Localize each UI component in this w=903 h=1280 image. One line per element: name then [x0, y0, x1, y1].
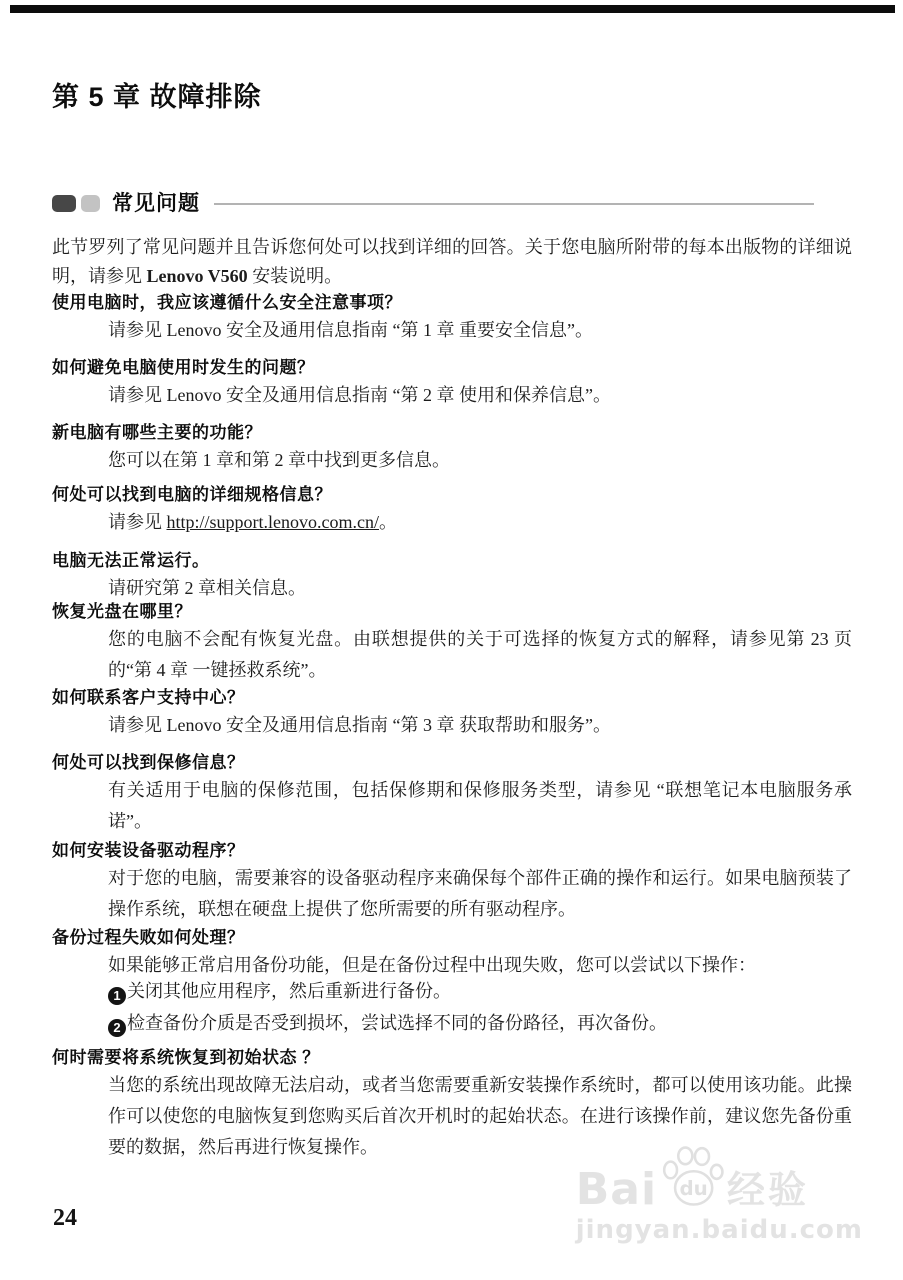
faq-item: 如何安装设备驱动程序？ 对于您的电脑，需要兼容的设备驱动程序来确保每个部件正确的…: [52, 841, 852, 925]
faq-question: 何处可以找到电脑的详细规格信息？: [52, 485, 852, 505]
section-rule: [214, 203, 814, 205]
faq-item: 新电脑有哪些主要的功能？ 您可以在第 1 章和第 2 章中找到更多信息。: [52, 423, 852, 476]
faq-answer: 请参见 Lenovo 安全及通用信息指南 “第 3 章 获取帮助和服务”。: [108, 710, 852, 741]
faq-question: 如何避免电脑使用时发生的问题？: [52, 358, 852, 378]
faq-question: 何时需要将系统恢复到初始状态 ？: [52, 1048, 852, 1068]
faq-question: 新电脑有哪些主要的功能？: [52, 423, 852, 443]
faq-item: 何处可以找到保修信息？ 有关适用于电脑的保修范围，包括保修期和保修服务类型，请参…: [52, 753, 852, 837]
faq-item: 恢复光盘在哪里？ 您的电脑不会配有恢复光盘。由联想提供的关于可选择的恢复方式的解…: [52, 602, 852, 686]
intro-paragraph: 此节罗列了常见问题并且告诉您何处可以找到详细的回答。关于您电脑所附带的每本出版物…: [52, 233, 852, 291]
faq-answer: 请参见 http://support.lenovo.com.cn/。: [108, 507, 852, 538]
faq-question: 如何安装设备驱动程序？: [52, 841, 852, 861]
chapter-title: 第 5 章 故障排除: [52, 84, 262, 111]
section-title: 常见问题: [112, 193, 200, 214]
step-number-badge: 2: [108, 1019, 126, 1037]
step-text: 关闭其他应用程序，然后重新进行备份。: [127, 981, 451, 1001]
faq-question: 何处可以找到保修信息？: [52, 753, 852, 773]
faq-item: 备份过程失败如何处理？ 如果能够正常启用备份功能，但是在备份过程中出现失败，您可…: [52, 928, 852, 1039]
faq-question: 使用电脑时，我应该遵循什么安全注意事项？: [52, 293, 852, 313]
answer-suffix: 。: [379, 512, 397, 532]
answer-prefix: 请参见: [108, 512, 167, 532]
faq-item: 如何联系客户支持中心？ 请参见 Lenovo 安全及通用信息指南 “第 3 章 …: [52, 688, 852, 741]
faq-answer: 您可以在第 1 章和第 2 章中找到更多信息。: [108, 445, 852, 476]
faq-item: 何处可以找到电脑的详细规格信息？ 请参见 http://support.leno…: [52, 485, 852, 538]
scan-top-bar: [10, 5, 895, 13]
support-url-link[interactable]: http://support.lenovo.com.cn/: [167, 512, 379, 532]
watermark-du-text: du: [680, 1177, 708, 1200]
step-text: 检查备份介质是否受到损坏，尝试选择不同的备份路径，再次备份。: [127, 1013, 667, 1033]
faq-answer: 您的电脑不会配有恢复光盘。由联想提供的关于可选择的恢复方式的解释，请参见第 23…: [108, 624, 852, 686]
intro-product-name: Lenovo V560: [147, 266, 248, 286]
faq-answer: 对于您的电脑，需要兼容的设备驱动程序来确保每个部件正确的操作和运行。如果电脑预装…: [108, 863, 852, 925]
paw-icon: du: [661, 1146, 725, 1208]
step-number-badge: 1: [108, 987, 126, 1005]
watermark-brand: Bai du 经验: [576, 1146, 863, 1208]
faq-answer: 请参见 Lenovo 安全及通用信息指南 “第 1 章 重要安全信息”。: [108, 315, 852, 346]
watermark-jingyan-text: 经验: [727, 1172, 809, 1208]
faq-answer: 请研究第 2 章相关信息。: [108, 573, 852, 604]
faq-item: 电脑无法正常运行。 请研究第 2 章相关信息。: [52, 551, 852, 604]
section-header: 常见问题: [52, 193, 814, 214]
faq-answer: 请参见 Lenovo 安全及通用信息指南 “第 2 章 使用和保养信息”。: [108, 380, 852, 411]
section-bullet-light-icon: [81, 195, 100, 212]
page-number: 24: [53, 1206, 77, 1230]
faq-item: 使用电脑时，我应该遵循什么安全注意事项？ 请参见 Lenovo 安全及通用信息指…: [52, 293, 852, 346]
watermark-site-url: jingyan.baidu.com: [576, 1215, 863, 1245]
intro-text-after: 安装说明。: [248, 266, 343, 286]
faq-question: 恢复光盘在哪里？: [52, 602, 852, 622]
faq-item: 如何避免电脑使用时发生的问题？ 请参见 Lenovo 安全及通用信息指南 “第 …: [52, 358, 852, 411]
faq-question: 如何联系客户支持中心？: [52, 688, 852, 708]
step-item: 2检查备份介质是否受到损坏，尝试选择不同的备份路径，再次备份。: [108, 1008, 852, 1039]
watermark-bai-text: Bai: [576, 1172, 657, 1208]
faq-answer: 有关适用于电脑的保修范围，包括保修期和保修服务类型，请参见 “联想笔记本电脑服务…: [108, 775, 852, 837]
faq-question: 电脑无法正常运行。: [52, 551, 852, 571]
section-bullet-dark-icon: [52, 195, 76, 212]
baidu-jingyan-watermark: Bai du 经验 jingyan.baidu.com: [576, 1146, 863, 1245]
faq-question: 备份过程失败如何处理？: [52, 928, 852, 948]
